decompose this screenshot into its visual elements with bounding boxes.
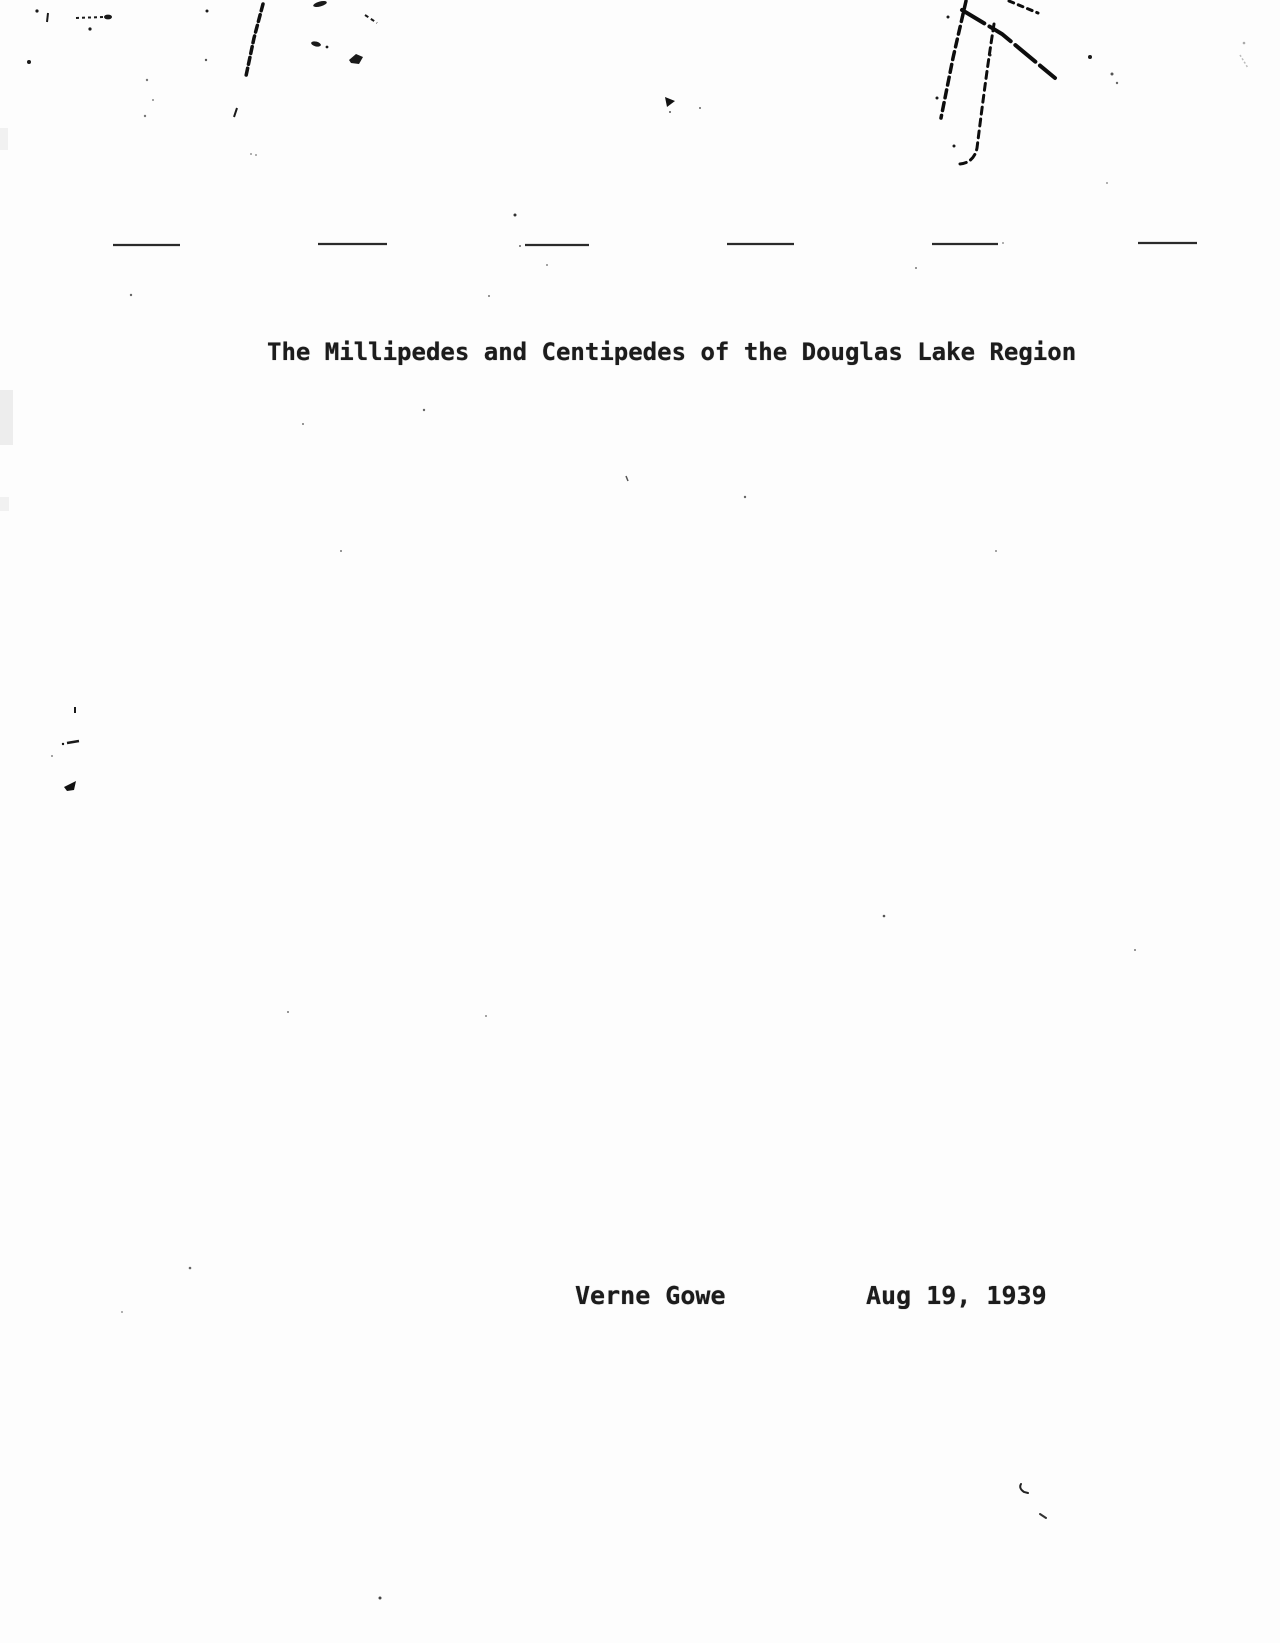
document-date: Aug 19, 1939: [866, 1283, 1047, 1308]
pen-scribble-top-right: [936, 1, 1249, 184]
left-margin-marks: [51, 707, 79, 791]
ink-speck: [27, 60, 31, 64]
pen-stroke: [246, 4, 263, 76]
ink-speck: [88, 27, 91, 30]
ink-blob: [349, 54, 363, 64]
ink-speck: [883, 915, 886, 918]
ink-speck: [379, 1597, 382, 1600]
scanned-document-page: The Millipedes and Centipedes of the Dou…: [0, 0, 1280, 1643]
paper-edge-shadow-patches: [0, 128, 13, 511]
ink-speck: [519, 245, 521, 247]
ink-speck: [989, 54, 992, 57]
document-title: The Millipedes and Centipedes of the Dou…: [267, 340, 1076, 364]
author-name: Verne Gowe: [575, 1283, 726, 1308]
ink-speck: [35, 9, 38, 12]
ink-blob: [64, 781, 76, 791]
ink-blob: [313, 0, 328, 8]
ink-speck: [152, 99, 154, 101]
edge-shadow-patch: [0, 128, 8, 150]
ink-speck: [1111, 73, 1114, 76]
ink-tick: [47, 13, 48, 22]
ink-speck: [1106, 182, 1108, 184]
ink-speck: [546, 264, 548, 266]
page-specks: [121, 97, 1136, 1600]
ink-speck: [915, 267, 917, 269]
ink-speck: [669, 111, 671, 113]
ink-blob: [311, 40, 322, 47]
ink-speck: [744, 496, 746, 498]
ink-speck: [423, 409, 425, 411]
ink-speck: [130, 294, 132, 296]
ink-speck: [995, 550, 997, 552]
ink-tick: [1040, 1514, 1046, 1518]
pen-comma-mark: [1020, 1484, 1028, 1493]
ink-speck: [189, 1267, 192, 1270]
pen-stroke: [960, 24, 994, 164]
ink-speck: [1088, 55, 1092, 59]
ink-dash: [67, 741, 79, 743]
edge-shadow-patch: [0, 390, 13, 445]
ink-speck: [947, 16, 950, 19]
ink-speck: [51, 755, 53, 757]
top-left-ink-marks: [27, 0, 377, 156]
faint-scratch: [1240, 55, 1248, 68]
ink-speck: [488, 295, 490, 297]
scan-artifacts-layer: [0, 0, 1280, 1643]
ink-blob: [104, 15, 112, 20]
ink-speck: [206, 10, 209, 13]
ink-speck: [1002, 242, 1004, 244]
ink-speck: [255, 154, 257, 156]
ink-tick: [234, 108, 237, 117]
ink-speck: [144, 115, 146, 117]
ink-speck: [146, 79, 148, 81]
ink-speck: [699, 107, 701, 109]
ink-blob: [665, 97, 675, 107]
ink-speck: [485, 1015, 487, 1017]
ink-speck: [205, 59, 207, 61]
ink-speck: [1243, 42, 1246, 45]
pen-stroke-top-center: [246, 4, 263, 76]
ink-speck: [287, 1011, 289, 1013]
ink-speck: [936, 97, 939, 100]
dotted-dash-mark: [76, 17, 103, 18]
pen-stroke: [962, 10, 1055, 78]
ink-speck: [1134, 949, 1136, 951]
ink-speck: [340, 550, 342, 552]
diagonal-dash-mark: [365, 15, 377, 23]
rule-dash-row: [113, 242, 1197, 247]
edge-shadow-patch: [0, 497, 9, 511]
ink-speck: [302, 423, 304, 425]
ink-speck: [1116, 82, 1118, 84]
pen-stroke: [1009, 1, 1038, 13]
ink-speck: [121, 1311, 123, 1313]
ink-speck: [953, 145, 956, 148]
ink-tick: [626, 476, 628, 481]
ink-speck: [514, 214, 517, 217]
ink-speck: [62, 743, 64, 745]
ink-speck: [326, 46, 329, 49]
pen-stroke: [941, 1, 966, 118]
ink-speck: [250, 153, 252, 155]
